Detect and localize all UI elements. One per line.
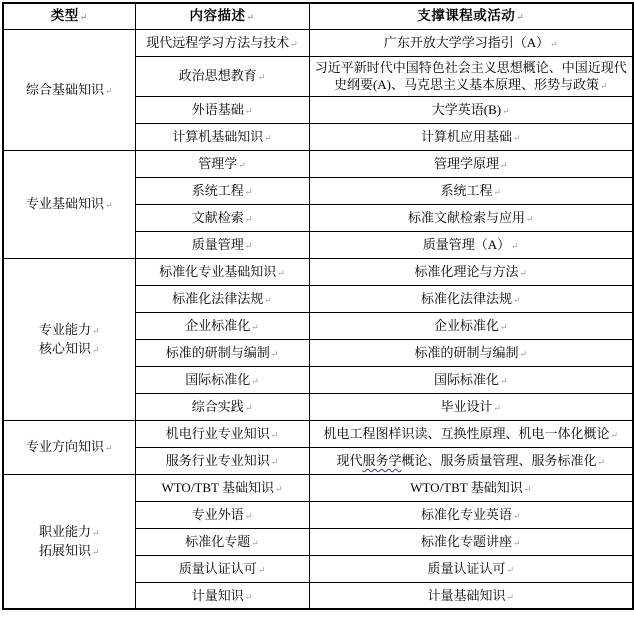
desc-cell: 综合实践↵ bbox=[135, 393, 309, 420]
course-cell: 质量管理（A）↵ bbox=[309, 231, 633, 258]
desc-text: 政治思想教育 bbox=[179, 68, 257, 83]
course-text: 标准的研制与编制 bbox=[414, 345, 518, 360]
table-body: 综合基础知识↵现代远程学习方法与技术↵广东开放大学学习指引（A）↵政治思想教育↵… bbox=[3, 29, 633, 609]
desc-text: 企业标准化 bbox=[185, 318, 250, 333]
paragraph-mark-icon: ↵ bbox=[506, 565, 514, 575]
table-row: 综合基础知识↵现代远程学习方法与技术↵广东开放大学学习指引（A）↵ bbox=[3, 29, 633, 56]
paragraph-mark-icon: ↵ bbox=[92, 326, 100, 336]
paragraph-mark-icon: ↵ bbox=[277, 268, 285, 278]
desc-cell: 国际标准化↵ bbox=[135, 366, 309, 393]
course-text: 系统工程 bbox=[440, 183, 492, 198]
paragraph-mark-icon: ↵ bbox=[610, 430, 618, 440]
desc-cell: 标准化专业基础知识↵ bbox=[135, 258, 309, 285]
paragraph-mark-icon: ↵ bbox=[516, 12, 524, 22]
type-label: 综合基础知识 bbox=[26, 82, 104, 97]
course-cell: 标准的研制与编制↵ bbox=[309, 339, 633, 366]
paragraph-mark-icon: ↵ bbox=[506, 592, 514, 602]
course-text: 质量管理（A） bbox=[423, 237, 510, 252]
desc-text: 专业外语 bbox=[192, 507, 244, 522]
type-line: 职业能力↵ bbox=[7, 522, 132, 542]
course-cell: 习近平新时代中国特色社会主义思想概论、中国近现代史纲要(A)、马克思主义基本原理… bbox=[309, 56, 633, 96]
paragraph-mark-icon: ↵ bbox=[511, 241, 519, 251]
table-row: 职业能力↵拓展知识↵WTO/TBT 基础知识↵WTO/TBT 基础知识↵ bbox=[3, 474, 633, 501]
course-text: 计算机应用基础 bbox=[421, 129, 512, 144]
paragraph-mark-icon: ↵ bbox=[500, 322, 508, 332]
paragraph-mark-icon: ↵ bbox=[513, 295, 521, 305]
desc-cell: 标准化专题↵ bbox=[135, 528, 309, 555]
header-type-label: 类型 bbox=[51, 8, 79, 23]
header-desc-label: 内容描述 bbox=[189, 8, 245, 23]
desc-cell: 计量知识↵ bbox=[135, 582, 309, 609]
type-line: 专业基础知识↵ bbox=[7, 194, 132, 214]
header-course: 支撑课程或活动↵ bbox=[309, 3, 633, 29]
course-text: 企业标准化 bbox=[434, 318, 499, 333]
type-line: 拓展知识↵ bbox=[7, 541, 132, 561]
paragraph-mark-icon: ↵ bbox=[245, 592, 253, 602]
paragraph-mark-icon: ↵ bbox=[245, 187, 253, 197]
header-course-label: 支撑课程或活动 bbox=[417, 8, 515, 23]
paragraph-mark-icon: ↵ bbox=[92, 547, 100, 557]
paragraph-mark-icon: ↵ bbox=[519, 268, 527, 278]
course-text: 质量认证认可 bbox=[427, 561, 505, 576]
paragraph-mark-icon: ↵ bbox=[251, 538, 259, 548]
course-text: WTO/TBT 基础知识 bbox=[410, 480, 523, 495]
course-text: 国际标准化 bbox=[434, 372, 499, 387]
type-cell: 专业方向知识↵ bbox=[3, 420, 135, 474]
desc-cell: 计算机基础知识↵ bbox=[135, 123, 309, 150]
course-cell: 企业标准化↵ bbox=[309, 312, 633, 339]
paragraph-mark-icon: ↵ bbox=[105, 443, 113, 453]
desc-cell: 政治思想教育↵ bbox=[135, 56, 309, 96]
type-label: 职业能力 bbox=[39, 524, 91, 539]
desc-cell: WTO/TBT 基础知识↵ bbox=[135, 474, 309, 501]
type-cell: 专业基础知识↵ bbox=[3, 150, 135, 258]
desc-cell: 现代远程学习方法与技术↵ bbox=[135, 29, 309, 56]
desc-cell: 企业标准化↵ bbox=[135, 312, 309, 339]
paragraph-mark-icon: ↵ bbox=[105, 86, 113, 96]
type-cell: 职业能力↵拓展知识↵ bbox=[3, 474, 135, 609]
type-line: 专业方向知识↵ bbox=[7, 437, 132, 457]
course-cell: 机电工程图样识读、互换性原理、机电一体化概论↵ bbox=[309, 420, 633, 447]
course-text: 大学英语(B) bbox=[432, 102, 501, 117]
paragraph-mark-icon: ↵ bbox=[598, 457, 606, 467]
header-row: 类型↵ 内容描述↵ 支撑课程或活动↵ bbox=[3, 3, 633, 29]
table-header: 类型↵ 内容描述↵ 支撑课程或活动↵ bbox=[3, 3, 633, 29]
spellcheck-squiggle-text: 服务学 bbox=[362, 453, 401, 468]
desc-text: 计算机基础知识 bbox=[172, 129, 263, 144]
desc-text: 标准化专题 bbox=[185, 534, 250, 549]
paragraph-mark-icon: ↵ bbox=[275, 484, 283, 494]
paragraph-mark-icon: ↵ bbox=[245, 241, 253, 251]
course-text: 毕业设计 bbox=[440, 399, 492, 414]
table-row: 专业方向知识↵机电行业专业知识↵机电工程图样识读、互换性原理、机电一体化概论↵ bbox=[3, 420, 633, 447]
course-cell: 现代服务学概论、服务质量管理、服务标准化↵ bbox=[309, 447, 633, 474]
paragraph-mark-icon: ↵ bbox=[92, 528, 100, 538]
desc-cell: 管理学↵ bbox=[135, 150, 309, 177]
paragraph-mark-icon: ↵ bbox=[105, 200, 113, 210]
course-cell: 管理学原理↵ bbox=[309, 150, 633, 177]
course-text: 广东开放大学学习指引（A） bbox=[384, 35, 549, 50]
desc-cell: 质量认证认可↵ bbox=[135, 555, 309, 582]
type-cell: 专业能力↵核心知识↵ bbox=[3, 258, 135, 420]
type-line: 核心知识↵ bbox=[7, 339, 132, 359]
paragraph-mark-icon: ↵ bbox=[500, 160, 508, 170]
desc-text: 质量认证认可 bbox=[179, 561, 257, 576]
paragraph-mark-icon: ↵ bbox=[251, 322, 259, 332]
paragraph-mark-icon: ↵ bbox=[258, 565, 266, 575]
desc-text: 文献检索 bbox=[192, 210, 244, 225]
course-text: 标准化理论与方法 bbox=[414, 264, 518, 279]
course-text: 标准化专题讲座 bbox=[421, 534, 512, 549]
paragraph-mark-icon: ↵ bbox=[245, 214, 253, 224]
paragraph-mark-icon: ↵ bbox=[290, 39, 298, 49]
type-line: 专业能力↵ bbox=[7, 320, 132, 340]
paragraph-mark-icon: ↵ bbox=[526, 214, 534, 224]
desc-text: 管理学 bbox=[198, 156, 237, 171]
desc-text: 国际标准化 bbox=[185, 372, 250, 387]
desc-text: 标准化专业基础知识 bbox=[159, 264, 276, 279]
desc-text: 外语基础 bbox=[192, 102, 244, 117]
header-type: 类型↵ bbox=[3, 3, 135, 29]
desc-text: 服务行业专业知识 bbox=[166, 453, 270, 468]
desc-cell: 外语基础↵ bbox=[135, 96, 309, 123]
paragraph-mark-icon: ↵ bbox=[493, 187, 501, 197]
course-cell: 国际标准化↵ bbox=[309, 366, 633, 393]
course-cell: 标准化专业英语↵ bbox=[309, 501, 633, 528]
paragraph-mark-icon: ↵ bbox=[513, 538, 521, 548]
desc-text: 质量管理 bbox=[192, 237, 244, 252]
paragraph-mark-icon: ↵ bbox=[271, 349, 279, 359]
paragraph-mark-icon: ↵ bbox=[493, 403, 501, 413]
paragraph-mark-icon: ↵ bbox=[271, 430, 279, 440]
course-text: 管理学原理 bbox=[434, 156, 499, 171]
paragraph-mark-icon: ↵ bbox=[502, 106, 510, 116]
desc-cell: 标准的研制与编制↵ bbox=[135, 339, 309, 366]
course-cell: 标准化专题讲座↵ bbox=[309, 528, 633, 555]
course-text: 机电工程图样识读、互换性原理、机电一体化概论 bbox=[323, 426, 609, 441]
course-cell: 标准化法律法规↵ bbox=[309, 285, 633, 312]
desc-text: WTO/TBT 基础知识 bbox=[161, 480, 274, 495]
paragraph-mark-icon: ↵ bbox=[246, 12, 254, 22]
desc-text: 标准的研制与编制 bbox=[166, 345, 270, 360]
desc-text: 综合实践 bbox=[192, 399, 244, 414]
desc-cell: 文献检索↵ bbox=[135, 204, 309, 231]
desc-text: 标准化法律法规 bbox=[172, 291, 263, 306]
course-text: 习近平新时代中国特色社会主义思想概论、中国近现代史纲要(A)、马克思主义基本原理… bbox=[315, 60, 627, 93]
paragraph-mark-icon: ↵ bbox=[519, 349, 527, 359]
desc-cell: 机电行业专业知识↵ bbox=[135, 420, 309, 447]
paragraph-mark-icon: ↵ bbox=[271, 457, 279, 467]
course-text: 标准化法律法规 bbox=[421, 291, 512, 306]
course-cell: 标准文献检索与应用↵ bbox=[309, 204, 633, 231]
type-label: 专业基础知识 bbox=[26, 196, 104, 211]
paragraph-mark-icon: ↵ bbox=[92, 345, 100, 355]
paragraph-mark-icon: ↵ bbox=[513, 133, 521, 143]
course-cell: 计算机应用基础↵ bbox=[309, 123, 633, 150]
course-cell: WTO/TBT 基础知识↵ bbox=[309, 474, 633, 501]
course-text: 计量基础知识 bbox=[427, 588, 505, 603]
desc-text: 系统工程 bbox=[192, 183, 244, 198]
desc-text: 机电行业专业知识 bbox=[166, 426, 270, 441]
course-text: 标准化专业英语 bbox=[421, 507, 512, 522]
desc-text: 现代远程学习方法与技术 bbox=[146, 35, 289, 50]
course-cell: 大学英语(B)↵ bbox=[309, 96, 633, 123]
desc-cell: 服务行业专业知识↵ bbox=[135, 447, 309, 474]
desc-cell: 系统工程↵ bbox=[135, 177, 309, 204]
course-cell: 标准化理论与方法↵ bbox=[309, 258, 633, 285]
course-text: 现代 bbox=[336, 453, 362, 468]
paragraph-mark-icon: ↵ bbox=[550, 39, 558, 49]
table-row: 专业基础知识↵管理学↵管理学原理↵ bbox=[3, 150, 633, 177]
desc-text: 计量知识 bbox=[192, 588, 244, 603]
type-label: 专业方向知识 bbox=[26, 439, 104, 454]
paragraph-mark-icon: ↵ bbox=[245, 106, 253, 116]
paragraph-mark-icon: ↵ bbox=[500, 376, 508, 386]
course-text: 概论、服务质量管理、服务标准化 bbox=[401, 453, 596, 468]
course-cell: 广东开放大学学习指引（A）↵ bbox=[309, 29, 633, 56]
course-cell: 系统工程↵ bbox=[309, 177, 633, 204]
type-label: 核心知识 bbox=[39, 341, 91, 356]
paragraph-mark-icon: ↵ bbox=[245, 511, 253, 521]
course-cell: 计量基础知识↵ bbox=[309, 582, 633, 609]
course-cell: 质量认证认可↵ bbox=[309, 555, 633, 582]
paragraph-mark-icon: ↵ bbox=[600, 81, 608, 91]
curriculum-table: 类型↵ 内容描述↵ 支撑课程或活动↵ 综合基础知识↵现代远程学习方法与技术↵广东… bbox=[2, 2, 634, 610]
paragraph-mark-icon: ↵ bbox=[264, 295, 272, 305]
paragraph-mark-icon: ↵ bbox=[251, 376, 259, 386]
type-cell: 综合基础知识↵ bbox=[3, 29, 135, 150]
paragraph-mark-icon: ↵ bbox=[245, 403, 253, 413]
paragraph-mark-icon: ↵ bbox=[238, 160, 246, 170]
desc-cell: 标准化法律法规↵ bbox=[135, 285, 309, 312]
paragraph-mark-icon: ↵ bbox=[80, 12, 88, 22]
type-label: 专业能力 bbox=[39, 322, 91, 337]
paragraph-mark-icon: ↵ bbox=[258, 72, 266, 82]
paragraph-mark-icon: ↵ bbox=[513, 511, 521, 521]
header-desc: 内容描述↵ bbox=[135, 3, 309, 29]
type-label: 拓展知识 bbox=[39, 543, 91, 558]
paragraph-mark-icon: ↵ bbox=[264, 133, 272, 143]
course-cell: 毕业设计↵ bbox=[309, 393, 633, 420]
desc-cell: 专业外语↵ bbox=[135, 501, 309, 528]
desc-cell: 质量管理↵ bbox=[135, 231, 309, 258]
paragraph-mark-icon: ↵ bbox=[524, 484, 532, 494]
table-row: 专业能力↵核心知识↵标准化专业基础知识↵标准化理论与方法↵ bbox=[3, 258, 633, 285]
course-text: 标准文献检索与应用 bbox=[408, 210, 525, 225]
type-line: 综合基础知识↵ bbox=[7, 80, 132, 100]
